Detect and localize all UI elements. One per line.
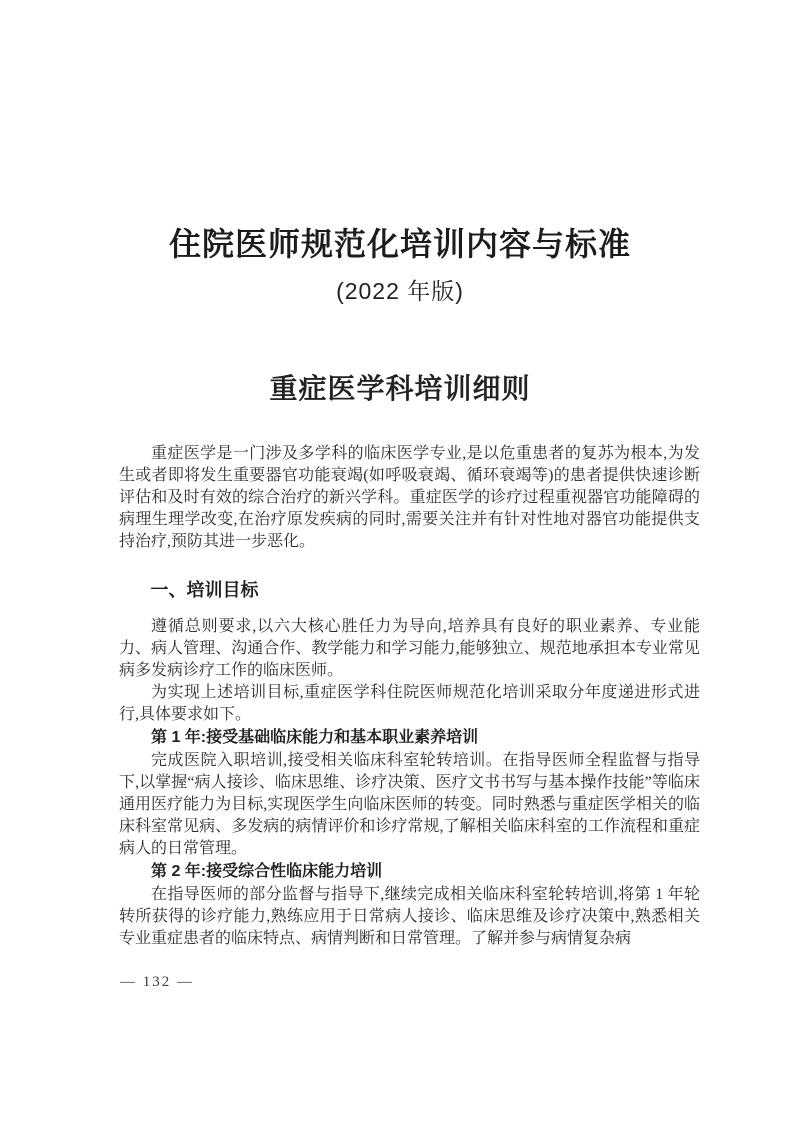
training-goal-heading: 一、培训目标 <box>119 579 700 601</box>
year1-heading: 第 1 年:接受基础临床能力和基本职业素养培训 <box>119 727 700 749</box>
page-number: — 132 — <box>120 974 194 991</box>
year1-paragraph: 完成医院入职培训,接受相关临床科室轮转培训。在指导医师全程监督与指导下,以掌握“… <box>119 750 700 860</box>
document-body: 重症医学是一门涉及多学科的临床医学专业,是以危重患者的复苏为根本,为发生或者即将… <box>119 443 700 950</box>
document-subtitle: (2022 年版) <box>0 273 800 306</box>
document-title: 住院医师规范化培训内容与标准 <box>0 219 800 265</box>
document-page: 住院医师规范化培训内容与标准 (2022 年版) 重症医学科培训细则 重症医学是… <box>0 0 800 1131</box>
training-goal-paragraph-2: 为实现上述培训目标,重症医学科住院医师规范化培训采取分年度递进形式进行,具体要求… <box>119 682 700 726</box>
intro-paragraph: 重症医学是一门涉及多学科的临床医学专业,是以危重患者的复苏为根本,为发生或者即将… <box>119 443 700 553</box>
section-title: 重症医学科培训细则 <box>0 367 800 407</box>
year2-heading: 第 2 年:接受综合性临床能力培训 <box>119 861 700 883</box>
training-goal-paragraph-1: 遵循总则要求,以六大核心胜任力为导向,培养具有良好的职业素养、专业能力、病人管理… <box>119 616 700 682</box>
year2-paragraph: 在指导医师的部分监督与指导下,继续完成相关临床科室轮转培训,将第 1 年轮转所获… <box>119 884 700 950</box>
